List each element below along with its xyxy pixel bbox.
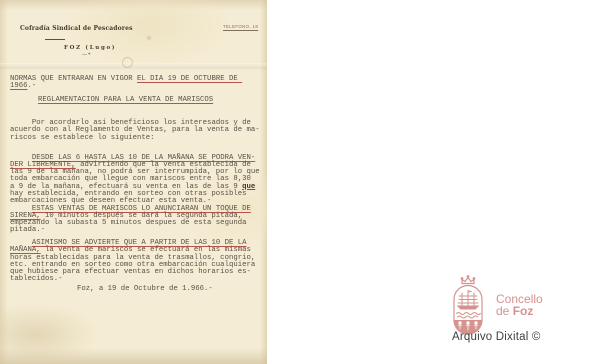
paragraph-segment: 10 minutos después se dará la segunda pi… — [10, 212, 246, 235]
paper-stain — [122, 57, 133, 68]
paragraph-segment: Por acordarlo así beneficioso los intere… — [10, 119, 260, 142]
logo-name-line2: de Foz — [496, 306, 543, 318]
letterhead-mark: —* — [82, 52, 92, 58]
concello-de-foz-crest-icon — [449, 275, 487, 337]
document-scan: Cofradía Sindical de Pescadores FOZ (Lug… — [0, 0, 267, 364]
letterhead-organization: Cofradía Sindical de Pescadores — [20, 25, 133, 32]
archive-credit: Arquivo Dixital © — [452, 331, 541, 343]
paper-crease — [0, 63, 267, 70]
watermark-logo-name: Concello de Foz — [496, 294, 543, 317]
paragraph-toque-de-sirena: ESTAS VENTAS DE MARISCOS LO ANUNCIARAN U… — [10, 206, 268, 235]
paragraph-venta-libre: DESDE LAS 6 HASTA LAS 10 DE LA MAÑANA SE… — [10, 155, 268, 206]
telephone-number: TELEFONO, 18 — [223, 24, 258, 29]
letterhead-divider — [45, 39, 65, 40]
paragraph-despues-de-las-10: ASIMISMO SE ADVIERTE QUE A PARTIR DE LAS… — [10, 240, 268, 284]
paper-stain — [147, 36, 151, 40]
letterhead-location: FOZ (Lugo) — [64, 45, 116, 51]
paragraph-intro: Por acordarlo así beneficioso los intere… — [10, 120, 268, 142]
dateline: Foz, a 19 de Octubre de 1.966.- — [77, 286, 335, 293]
paragraph-segment: la venta de mariscos se efectuará en las… — [10, 246, 255, 283]
document-title: NORMAS QUE ENTRARAN EN VIGOR EL DIA 19 D… — [10, 76, 268, 91]
title-suffix: .- — [28, 82, 37, 90]
paragraph-segment: hay establecida, entrando en sorteo con … — [10, 190, 246, 205]
section-heading: REGLAMENTACION PARA LA VENTA DE MARISCOS — [38, 97, 296, 104]
